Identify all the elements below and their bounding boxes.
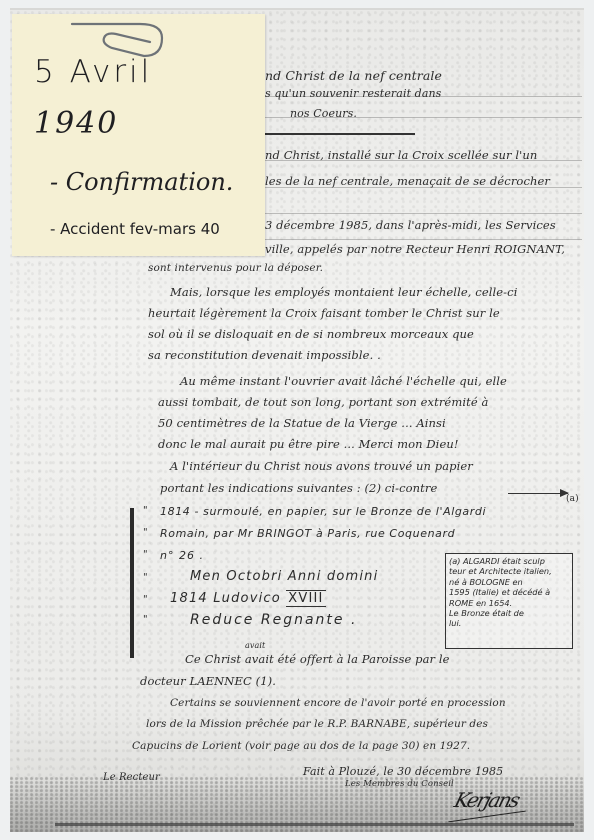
para2-line-2: ville, appelés par notre Recteur Henri R… — [265, 242, 565, 256]
footnote-line: ROME en 1654. — [449, 598, 569, 608]
footnote-line: (a) ALGARDI était sculp — [449, 556, 569, 566]
para7-line-2: lors de la Mission prêchée par le R.P. B… — [146, 718, 488, 730]
roman-numeral: XVIII — [286, 590, 325, 607]
signature: Kerjans — [452, 788, 522, 812]
note-accident: - Accident fev-mars 40 — [50, 220, 220, 238]
quote-mark: " — [143, 527, 148, 538]
quote-line-3: n° 26 . — [160, 549, 204, 562]
quote-line-5: 1814 Ludovico XVIII — [170, 591, 326, 606]
note-date-day: 5 Avril — [34, 54, 152, 90]
footnote-line: 1595 (Italie) et décédé à — [449, 587, 569, 597]
note-confirmation: - Confirmation. — [50, 168, 233, 196]
footnote-line: teur et Architecte italien, — [449, 566, 569, 576]
title-underline — [250, 133, 415, 135]
para4-line-4: donc le mal aurait pu être pire ... Merc… — [158, 437, 459, 451]
title-line-3: nos Coeurs. — [290, 107, 357, 120]
para1-line-2: les de la nef centrale, menaçait de se d… — [265, 174, 550, 188]
title-line-2: s qu'un souvenir resterait dans — [265, 87, 441, 100]
para2-line-3: sont intervenus pour la déposer. — [148, 262, 323, 274]
para4-line-3: 50 centimètres de la Statue de la Vierge… — [158, 416, 446, 430]
sticky-note: 5 Avril 1940 - Confirmation. - Accident … — [12, 14, 265, 256]
note-date-year: 1940 — [34, 106, 118, 141]
insert-word: avait — [245, 641, 265, 650]
para1-line-1: nd Christ, installé sur la Croix scellée… — [265, 148, 537, 162]
footnote-line: né à BOLOGNE en — [449, 577, 569, 587]
quote-mark: " — [143, 549, 148, 560]
quote-mark: " — [143, 594, 148, 605]
para5-line-2: portant les indications suivantes : (2) … — [160, 481, 437, 495]
quote-mark: " — [143, 614, 148, 625]
quote-line-5-text: 1814 Ludovico — [170, 591, 281, 606]
quote-mark: " — [143, 505, 148, 516]
para7-line-3: Capucins de Lorient (voir page au dos de… — [132, 740, 470, 752]
closing-place-date: Fait à Plouzé, le 30 décembre 1985 — [303, 765, 503, 778]
para6-line-1: Ce Christ avait été offert à la Paroisse… — [185, 652, 450, 666]
para3-line-1: Mais, lorsque les employés montaient leu… — [170, 285, 518, 299]
quote-line-4: Men Octobri Anni domini — [190, 569, 378, 584]
footnote-line: lui. — [449, 618, 569, 628]
quote-line-1: 1814 - surmoulé, en papier, sur le Bronz… — [160, 505, 486, 518]
quote-line-2: Romain, par Mr BRINGOT à Paris, rue Coqu… — [160, 527, 455, 540]
para7-line-1: Certains se souviennent encore de l'avoi… — [170, 697, 506, 709]
para6-line-2: docteur LAENNEC (1). — [140, 674, 276, 688]
closing-recteur: Le Recteur — [103, 772, 160, 783]
quote-line-6: Reduce Regnante . — [190, 612, 357, 628]
para3-line-3: sol où il se disloquait en de si nombreu… — [148, 327, 474, 341]
closing-council: Les Membres du Conseil — [345, 779, 454, 789]
para3-line-2: heurtait légèrement la Croix faisant tom… — [148, 306, 500, 320]
para3-line-4: sa reconstitution devenait impossible. . — [148, 348, 381, 362]
quote-bracket — [130, 508, 134, 658]
title-line-1: nd Christ de la nef centrale — [265, 68, 442, 83]
footnote-line: Le Bronze était de — [449, 608, 569, 618]
bottom-rule — [55, 823, 574, 826]
arrow-icon — [508, 493, 568, 494]
para5-line-1: A l'intérieur du Christ nous avons trouv… — [170, 459, 473, 473]
para4-line-2: aussi tombait, de tout son long, portant… — [158, 395, 488, 409]
para2-line-1: 3 décembre 1985, dans l'après-midi, les … — [265, 218, 556, 232]
footnote-box: (a) ALGARDI était sculp teur et Architec… — [445, 553, 573, 649]
para4-line-1: Au même instant l'ouvrier avait lâché l'… — [180, 374, 507, 388]
footnote-marker: (a) — [566, 494, 579, 504]
quote-mark: " — [143, 572, 148, 583]
